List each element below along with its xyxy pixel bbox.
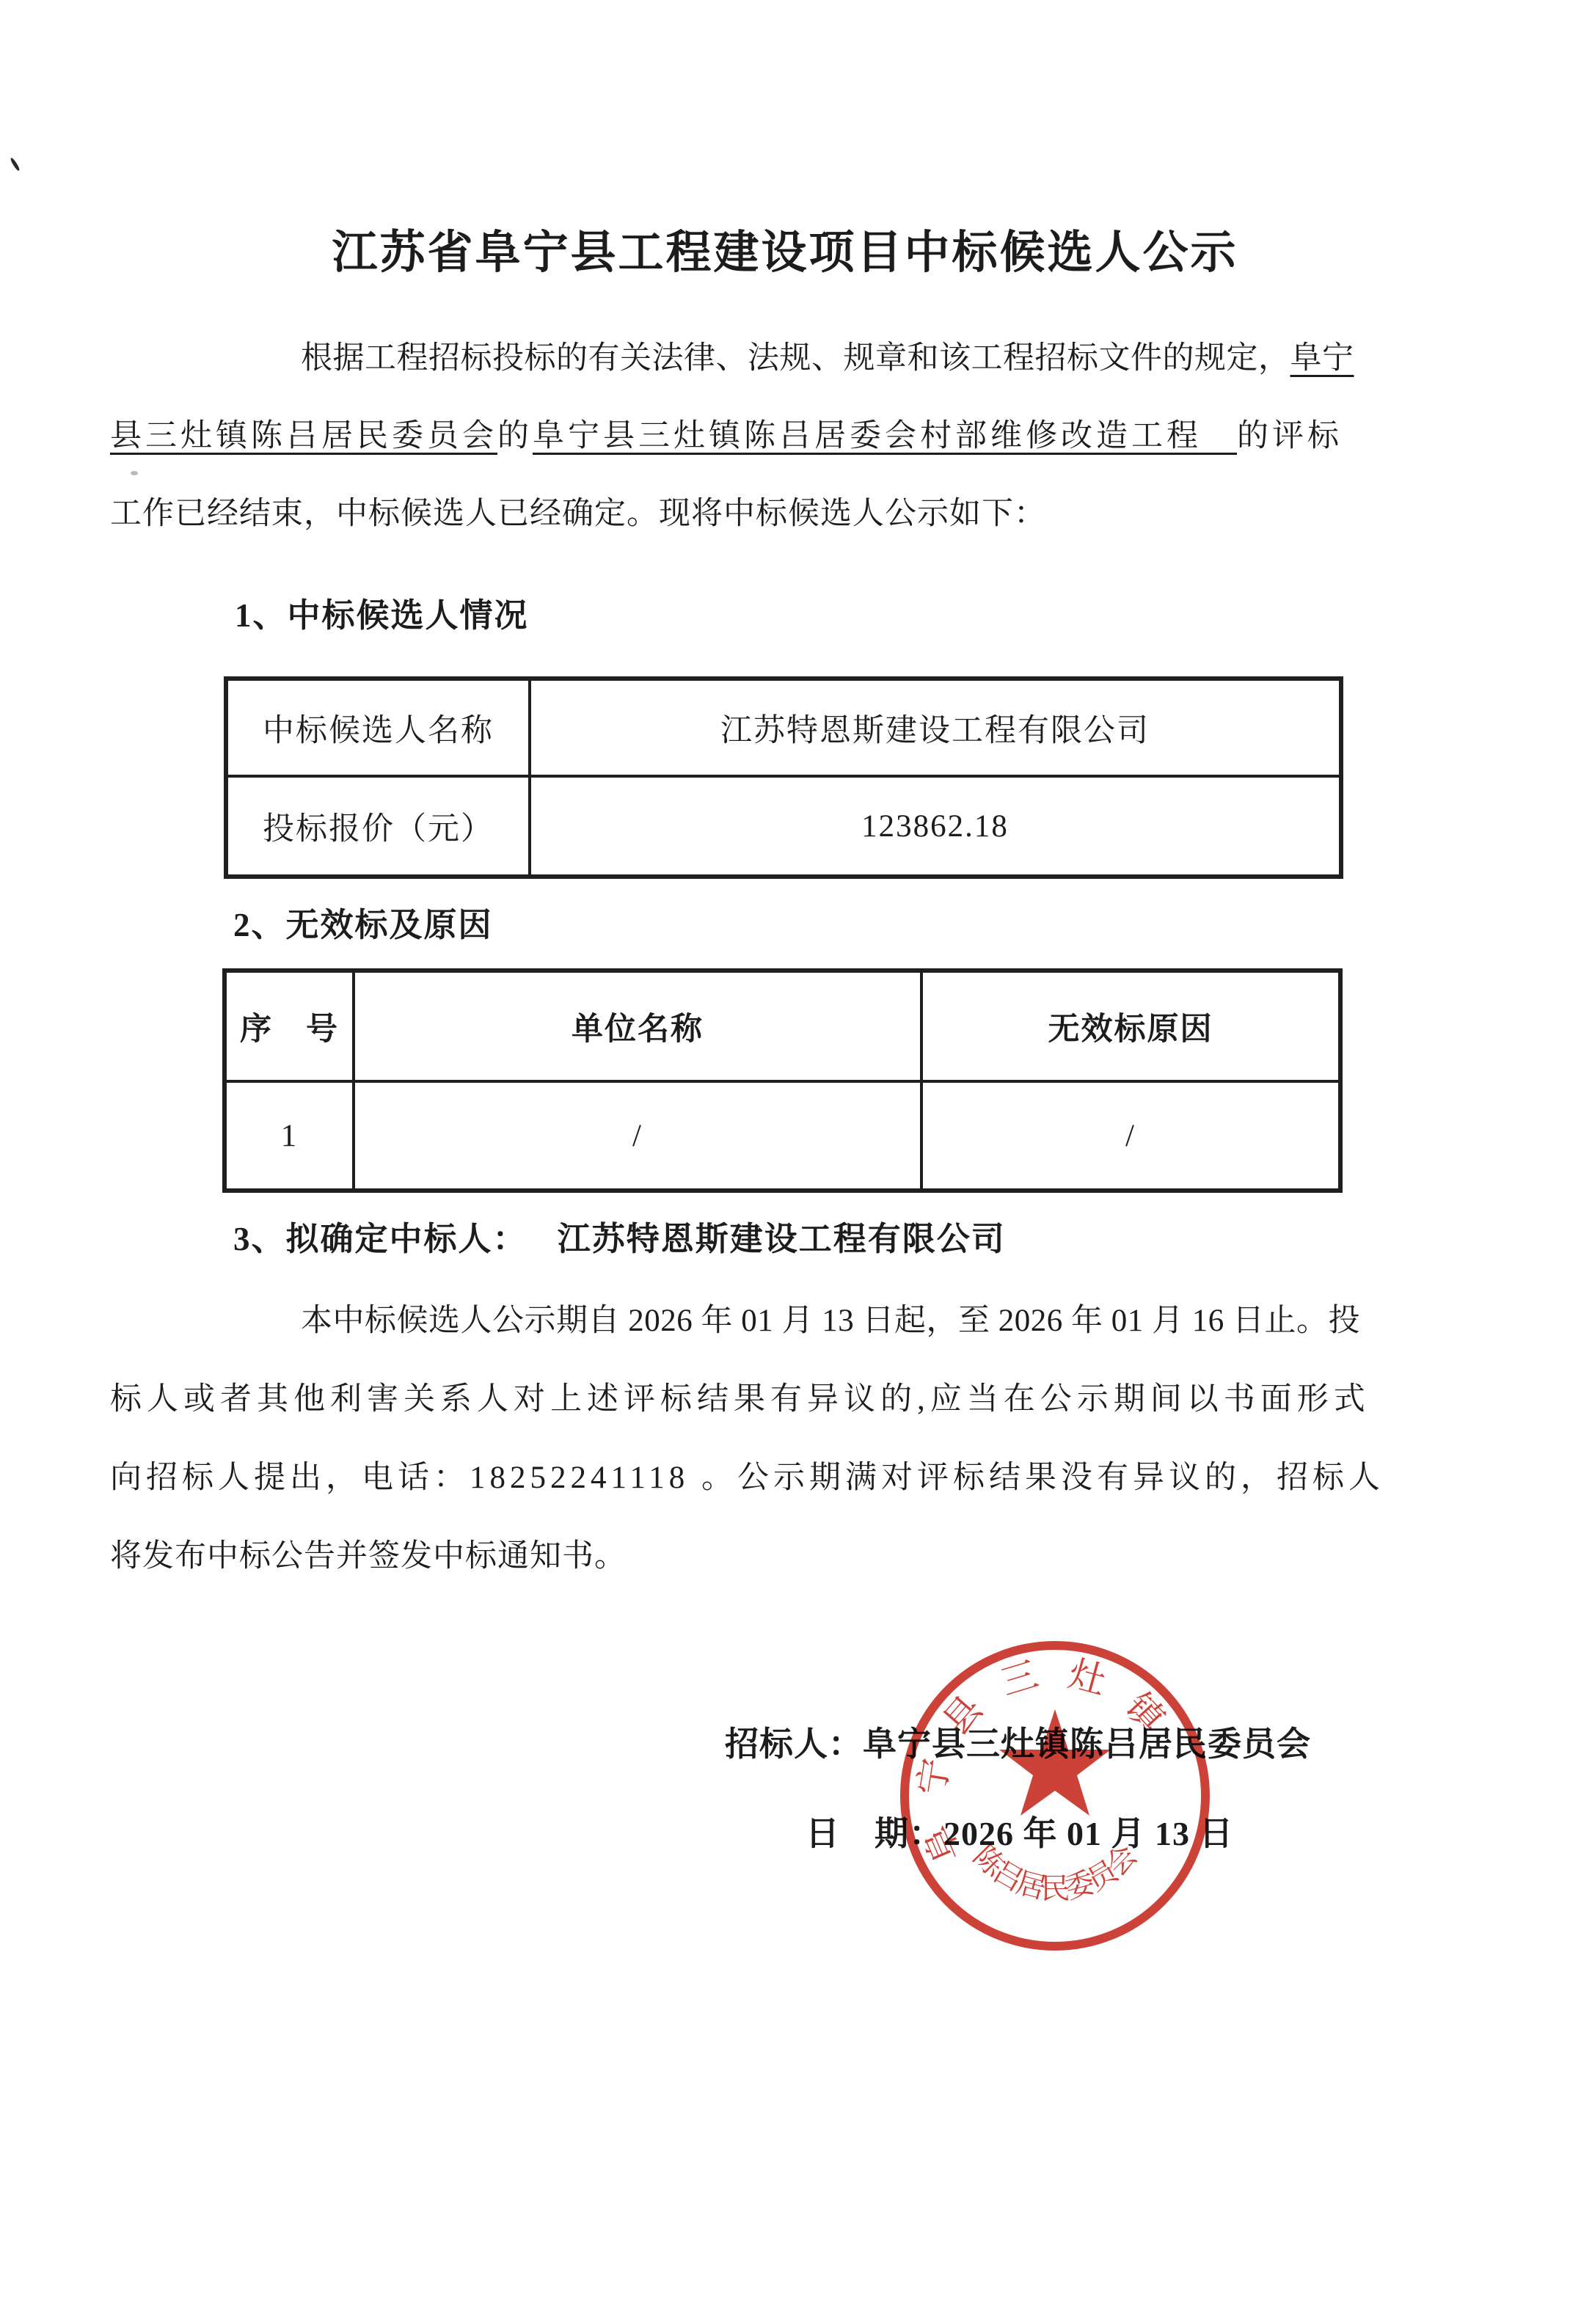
invalid-row-serial: 1 (225, 1081, 354, 1190)
section-3-heading: 3、拟确定中标人： 江苏特恩斯建设工程有限公司 (233, 1221, 1006, 1259)
intro-line-2-text: 的 (497, 419, 533, 453)
seal-star-icon (999, 1709, 1111, 1816)
col-header-serial: 序 号 (225, 971, 354, 1081)
official-seal: 阜宁县三灶镇 陈吕居民委员会 (886, 1620, 1231, 1979)
seal-bottom-text: 陈吕居民委员会 (967, 1838, 1144, 1905)
col-header-unit: 单位名称 (354, 971, 921, 1081)
notice-line-2: 标人或者其他利害关系人对上述评标结果有异议的,应当在公示期间以书面形式 (110, 1381, 1370, 1417)
invalid-bid-table: 序 号 单位名称 无效标原因 1 / / (222, 968, 1343, 1193)
intro-line-1: 根据工程招标投标的有关法律、法规、规章和该工程招标文件的规定，阜宁 (301, 340, 1354, 376)
document-page: 江苏省阜宁县工程建设项目中标候选人公示 根据工程招标投标的有关法律、法规、规章和… (0, 0, 1570, 2324)
notice-line-1: 本中标候选人公示期自 2026 年 01 月 13 日起，至 2026 年 01… (301, 1303, 1360, 1339)
intro-line-2-tail: 的评标 (1237, 419, 1343, 453)
winner-name-label-cell: 中标候选人名称 (227, 679, 530, 776)
notice-line-3: 向招标人提出，电话：18252241118 。公示期满对评标结果没有异议的，招标… (110, 1460, 1384, 1496)
scan-tick-mark (10, 157, 21, 172)
project-name-underlined: 阜宁县三灶镇陈吕居委会村部维修改造工程 (533, 419, 1202, 453)
bid-price-label-cell: 投标报价（元） (227, 776, 530, 876)
intro-line-1-text: 根据工程招标投标的有关法律、法规、规章和该工程招标文件的规定， (301, 341, 1290, 376)
winner-table: 中标候选人名称 江苏特恩斯建设工程有限公司 投标报价（元） 123862.18 (224, 676, 1343, 879)
invalid-row-unit: / (354, 1081, 921, 1190)
winner-name-value-cell: 江苏特恩斯建设工程有限公司 (530, 679, 1340, 776)
scan-speck (131, 471, 138, 475)
intro-line-1-underlined: 阜宁 (1290, 341, 1354, 376)
notice-line-4: 将发布中标公告并签发中标通知书。 (110, 1538, 627, 1574)
col-header-reason: 无效标原因 (921, 971, 1340, 1081)
intro-line-3: 工作已经结束，中标候选人已经确定。现将中标候选人公示如下： (110, 496, 1046, 532)
section-2-heading: 2、无效标及原因 (233, 907, 493, 945)
tenderer-name-underlined: 县三灶镇陈吕居民委员会 (110, 419, 497, 453)
tenderer-label: 招标人： (725, 1725, 863, 1763)
section-3-label: 3、拟确定中标人： (233, 1221, 527, 1257)
underline-gap (1202, 419, 1237, 453)
bid-price-value-cell: 123862.18 (530, 776, 1340, 876)
proposed-winner-name: 江苏特恩斯建设工程有限公司 (558, 1221, 1006, 1257)
invalid-row-reason: / (921, 1081, 1340, 1190)
page-title: 江苏省阜宁县工程建设项目中标候选人公示 (0, 227, 1570, 279)
intro-line-2: 县三灶镇陈吕居民委员会的阜宁县三灶镇陈吕居委会村部维修改造工程 的评标 (110, 418, 1343, 454)
section-1-heading: 1、中标候选人情况 (235, 597, 529, 635)
